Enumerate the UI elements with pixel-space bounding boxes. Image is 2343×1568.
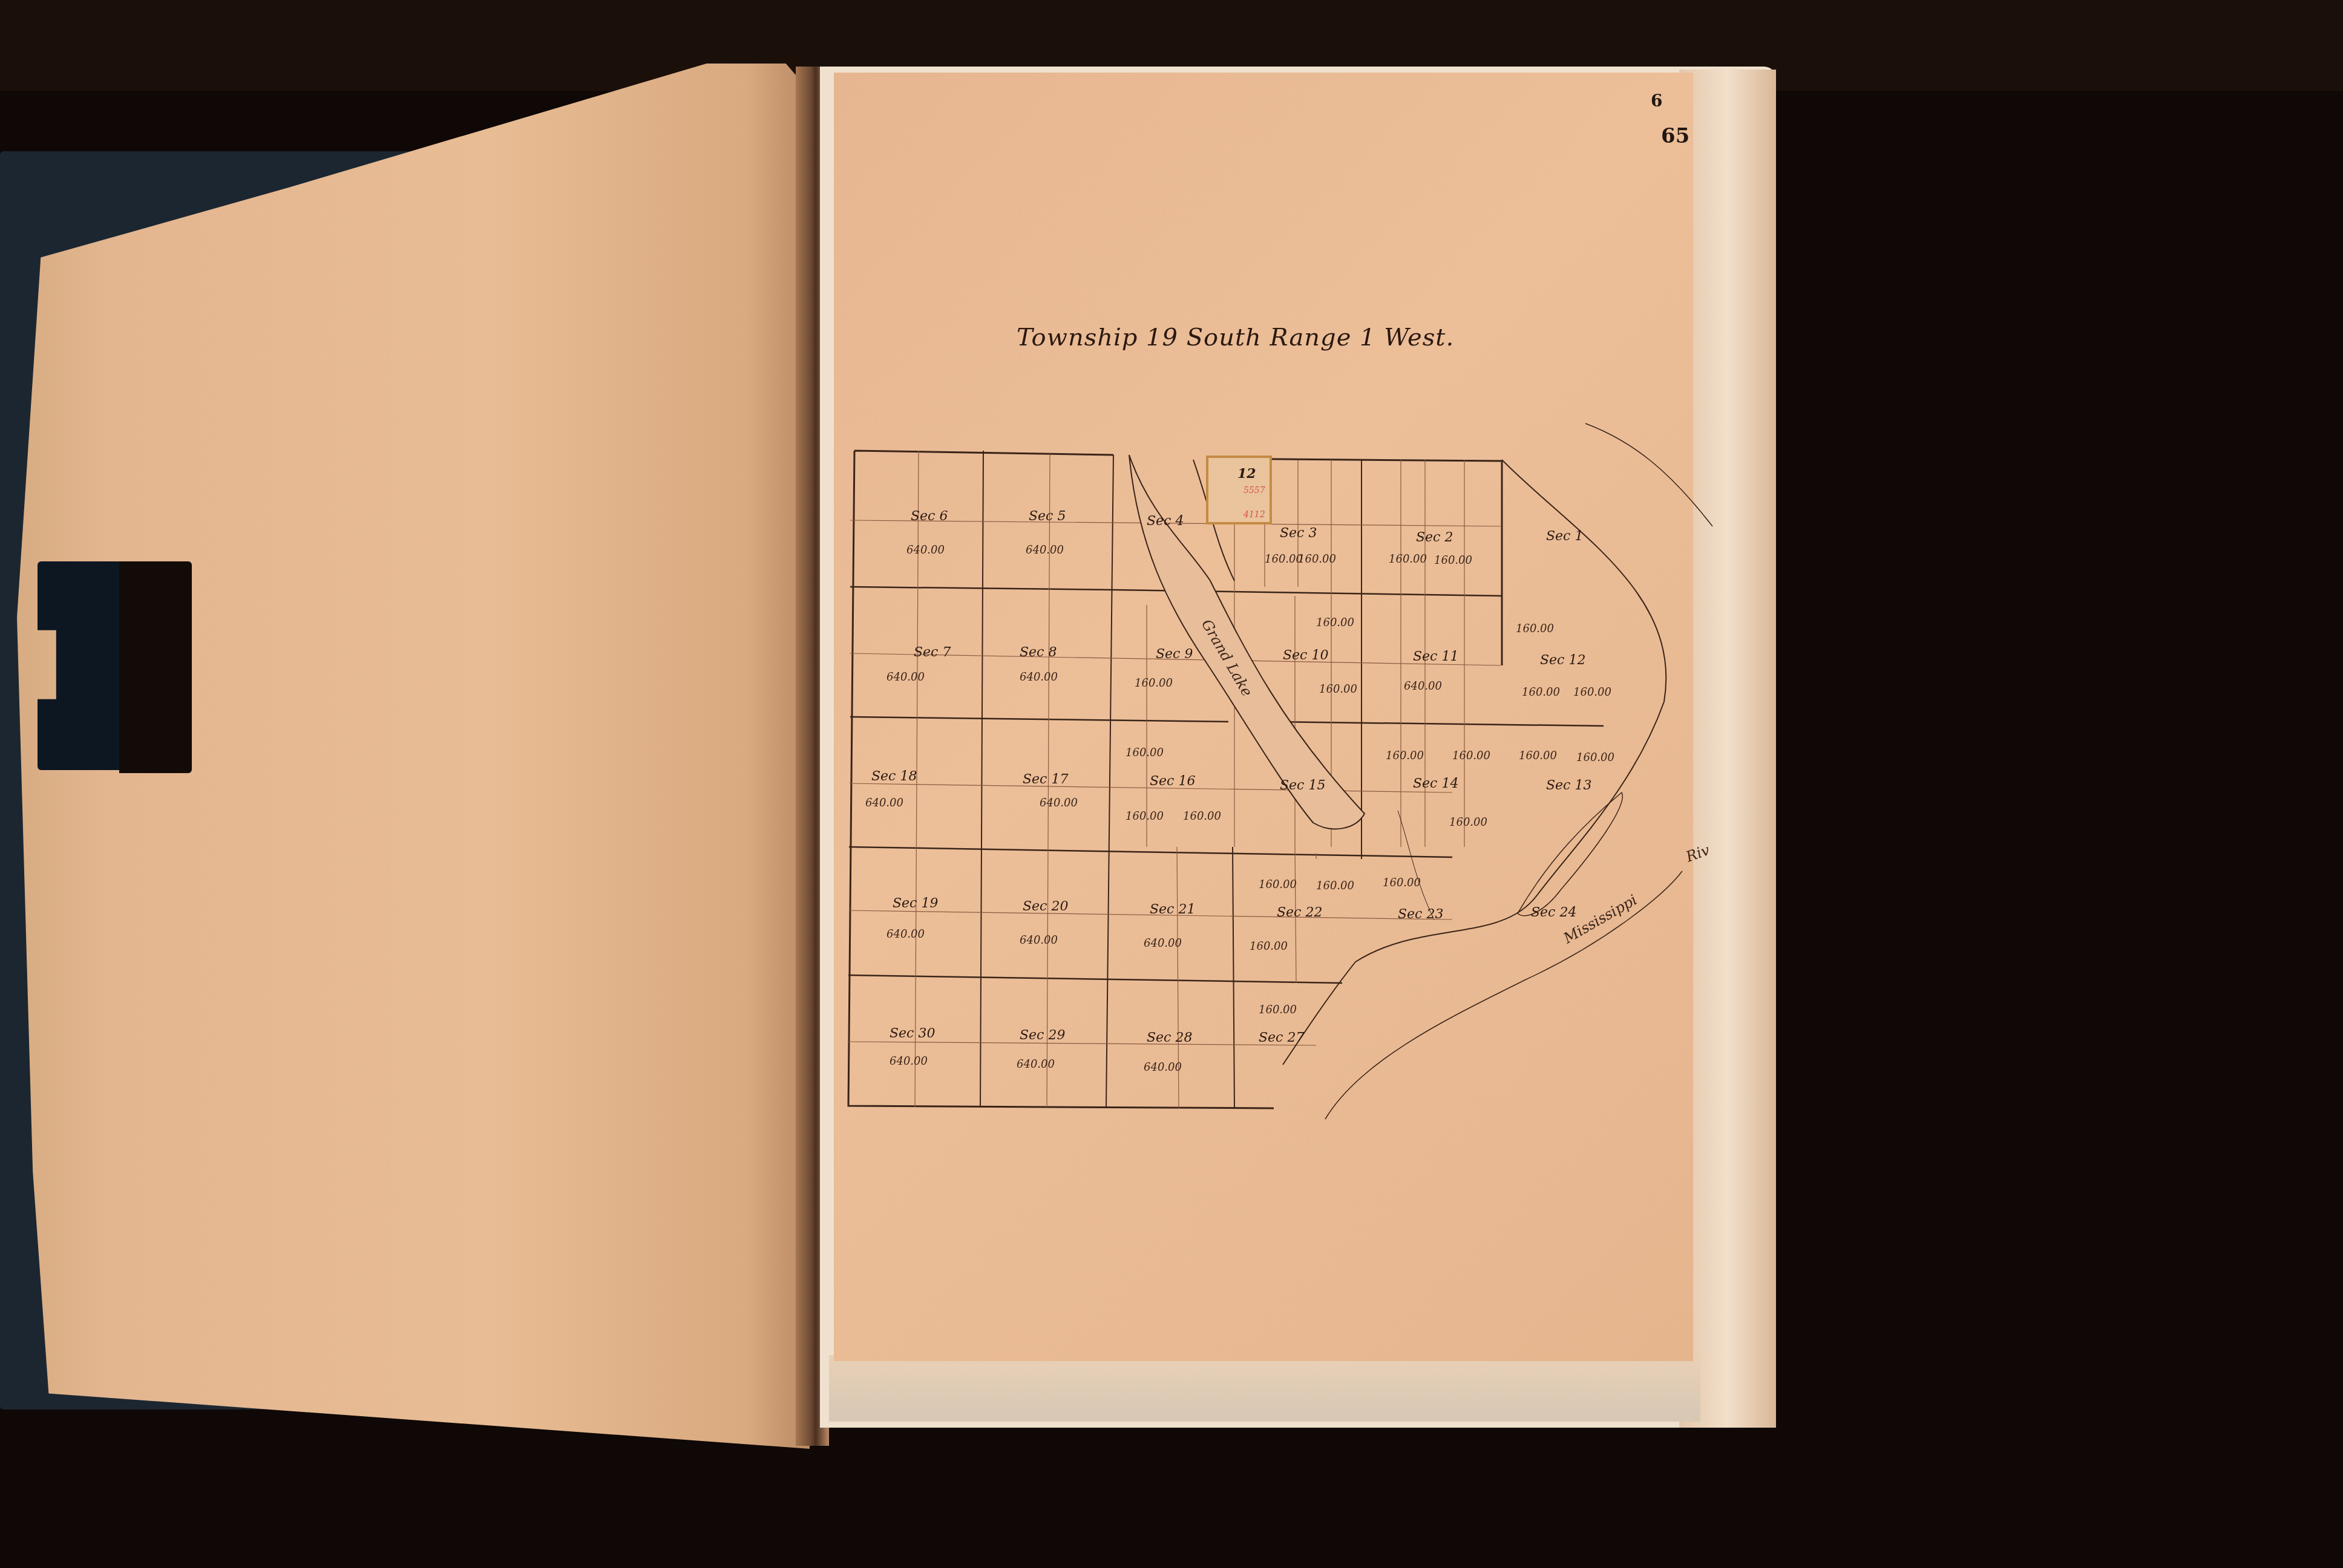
stamp-red-number: 4112 bbox=[1243, 510, 1265, 520]
svg-text:640.00: 640.00 bbox=[865, 797, 903, 809]
svg-text:160.00: 160.00 bbox=[1126, 810, 1164, 823]
svg-text:Sec 8: Sec 8 bbox=[1020, 645, 1057, 660]
svg-text:Sec 27: Sec 27 bbox=[1259, 1030, 1304, 1045]
svg-text:160.00: 160.00 bbox=[1452, 750, 1490, 762]
svg-text:160.00: 160.00 bbox=[1259, 1004, 1297, 1016]
svg-text:Sec 19: Sec 19 bbox=[893, 896, 938, 911]
svg-text:640.00: 640.00 bbox=[1020, 934, 1058, 947]
svg-text:640.00: 640.00 bbox=[1040, 797, 1078, 809]
svg-text:Sec 30: Sec 30 bbox=[890, 1026, 935, 1041]
svg-text:160.00: 160.00 bbox=[1576, 751, 1614, 764]
svg-text:640.00: 640.00 bbox=[1144, 1061, 1182, 1074]
svg-text:640.00: 640.00 bbox=[890, 1055, 928, 1068]
svg-text:160.00: 160.00 bbox=[1135, 677, 1173, 690]
svg-text:160.00: 160.00 bbox=[1316, 616, 1354, 629]
svg-text:Sec 1: Sec 1 bbox=[1546, 529, 1583, 544]
stamp-box: 12 5557 4112 bbox=[1207, 457, 1271, 523]
svg-text:Sec 6: Sec 6 bbox=[911, 509, 948, 524]
svg-text:Sec 29: Sec 29 bbox=[1020, 1028, 1065, 1043]
svg-text:Sec 15: Sec 15 bbox=[1280, 778, 1325, 793]
svg-text:Sec 18: Sec 18 bbox=[871, 769, 917, 784]
svg-text:160.00: 160.00 bbox=[1183, 810, 1221, 823]
svg-text:Sec 21: Sec 21 bbox=[1150, 902, 1195, 917]
svg-text:160.00: 160.00 bbox=[1259, 878, 1297, 891]
svg-text:Sec 2: Sec 2 bbox=[1416, 530, 1453, 545]
svg-text:640.00: 640.00 bbox=[1404, 680, 1442, 693]
svg-text:640.00: 640.00 bbox=[1144, 937, 1182, 950]
svg-text:160.00: 160.00 bbox=[1250, 940, 1288, 953]
svg-text:Sec 16: Sec 16 bbox=[1150, 774, 1195, 789]
svg-text:160.00: 160.00 bbox=[1383, 877, 1421, 889]
svg-text:160.00: 160.00 bbox=[1449, 816, 1487, 829]
stamp-red-number: 5557 bbox=[1244, 486, 1265, 495]
svg-text:640.00: 640.00 bbox=[886, 928, 925, 941]
svg-text:160.00: 160.00 bbox=[1319, 683, 1357, 696]
svg-text:160.00: 160.00 bbox=[1573, 686, 1611, 699]
svg-text:Sec 9: Sec 9 bbox=[1156, 647, 1193, 662]
svg-text:160.00: 160.00 bbox=[1386, 750, 1424, 762]
svg-text:160.00: 160.00 bbox=[1516, 622, 1554, 635]
svg-text:Sec 24: Sec 24 bbox=[1531, 905, 1576, 920]
svg-text:160.00: 160.00 bbox=[1389, 553, 1427, 566]
township-plat-map: 12 5557 4112 Sec 6 640.00 Sec 5 640.00 S… bbox=[0, 0, 2343, 1568]
svg-text:Sec 10: Sec 10 bbox=[1283, 648, 1328, 663]
svg-text:Sec 12: Sec 12 bbox=[1540, 653, 1585, 668]
svg-text:160.00: 160.00 bbox=[1434, 554, 1472, 567]
svg-text:160.00: 160.00 bbox=[1519, 750, 1557, 762]
svg-text:Sec 7: Sec 7 bbox=[914, 645, 951, 660]
svg-text:640.00: 640.00 bbox=[1026, 544, 1064, 557]
svg-text:160.00: 160.00 bbox=[1316, 880, 1354, 892]
svg-text:160.00: 160.00 bbox=[1126, 746, 1164, 759]
svg-text:Sec 11: Sec 11 bbox=[1413, 649, 1458, 664]
svg-text:Sec 17: Sec 17 bbox=[1023, 772, 1068, 787]
svg-text:Sec 22: Sec 22 bbox=[1277, 905, 1322, 920]
svg-text:Sec 28: Sec 28 bbox=[1147, 1030, 1192, 1045]
svg-text:640.00: 640.00 bbox=[906, 544, 945, 557]
svg-text:Sec 20: Sec 20 bbox=[1023, 899, 1068, 914]
svg-text:640.00: 640.00 bbox=[1020, 671, 1058, 684]
svg-text:160.00: 160.00 bbox=[1522, 686, 1560, 699]
svg-text:Sec 23: Sec 23 bbox=[1398, 907, 1443, 922]
river-label-2: Riv bbox=[1683, 841, 1712, 866]
svg-text:640.00: 640.00 bbox=[1017, 1058, 1055, 1071]
stamp-number: 12 bbox=[1237, 466, 1256, 482]
svg-text:Sec 4: Sec 4 bbox=[1147, 514, 1184, 529]
svg-text:Sec 3: Sec 3 bbox=[1280, 526, 1317, 541]
svg-text:Sec 14: Sec 14 bbox=[1413, 776, 1458, 791]
svg-text:640.00: 640.00 bbox=[886, 671, 925, 684]
svg-text:Sec 13: Sec 13 bbox=[1546, 778, 1591, 793]
svg-text:160.00: 160.00 bbox=[1265, 553, 1303, 566]
svg-text:Sec 5: Sec 5 bbox=[1029, 509, 1066, 524]
svg-text:160.00: 160.00 bbox=[1298, 553, 1336, 566]
